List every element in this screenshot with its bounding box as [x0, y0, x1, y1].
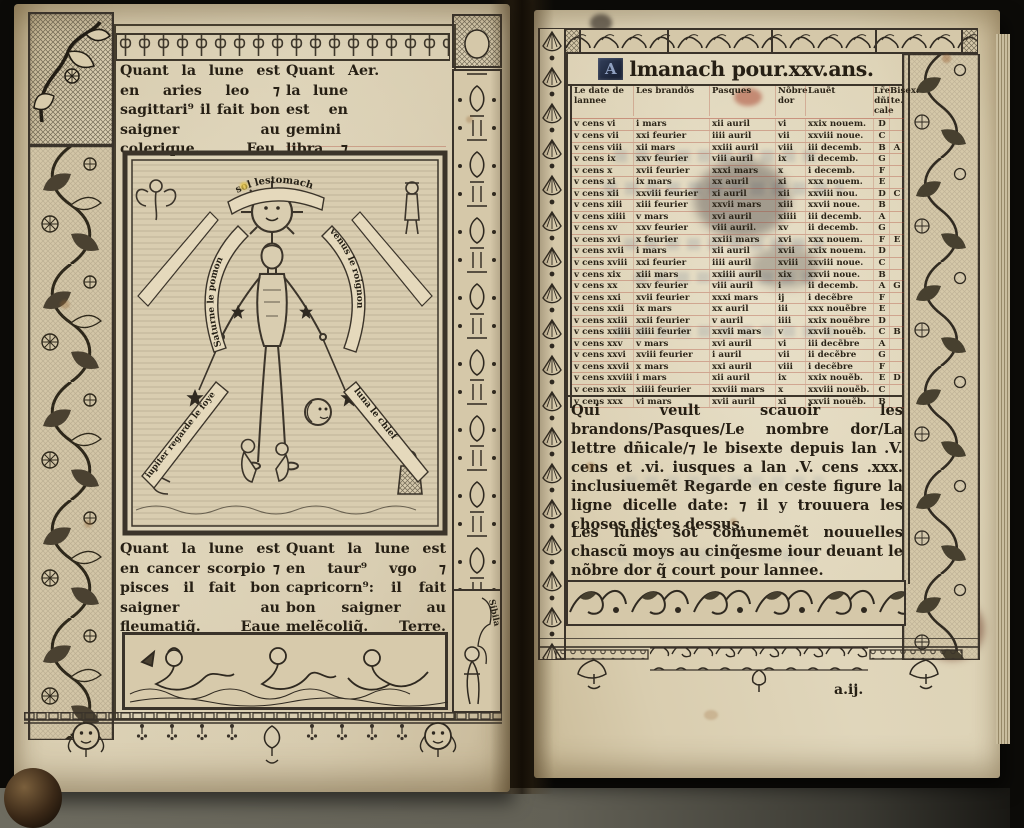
table-cell [890, 339, 904, 350]
table-cell: xxix nouẽb. [806, 373, 874, 384]
table-cell: xxix nouem. [806, 246, 874, 257]
table-cell: v cens xxi [572, 293, 634, 304]
table-cell [890, 316, 904, 327]
table-cell: v cens xviii [572, 258, 634, 269]
table-cell: v cens xxiii [572, 316, 634, 327]
table-cell: xii auril [710, 119, 776, 130]
table-cell: xxi auril [710, 362, 776, 373]
table-cell: viii auril [710, 281, 776, 292]
table-cell: C [874, 131, 890, 142]
table-cell: xvii feurier [634, 166, 710, 177]
table-cell: v cens xxv [572, 339, 634, 350]
table-row: v cens xvxxv feurierviii auril.xvii dece… [572, 223, 904, 235]
decorated-initial: A [598, 58, 623, 80]
table-row: v cens xxviiii marsxii aurilixxxix nouẽb… [572, 373, 904, 385]
verse-water: Quant la lune est en cancer scorpio ⁊ pi… [120, 540, 280, 624]
table-row: v cens xxvv marsxvi aurilviiii decẽbreA [572, 339, 904, 351]
table-cell [890, 177, 904, 188]
table-cell: iii decemb. [806, 212, 874, 223]
table-cell: xxvii noue. [806, 200, 874, 211]
table-cell: F [874, 362, 890, 373]
column-header: Lr̃e dñi cale [874, 86, 890, 116]
table-cell: xiii [776, 200, 806, 211]
table-cell: xxiiii auril [710, 270, 776, 281]
table-row: v cens vii marsxii aurilvixxix nouem.D [572, 119, 904, 131]
wax-fleck [240, 182, 248, 190]
table-row: v cens xxiiixxii feurierv auriliiiixxix … [572, 316, 904, 328]
table-cell: B [890, 327, 904, 338]
table-cell: x feurier [634, 235, 710, 246]
table-cell: xiiii feurier [634, 385, 710, 396]
table-surface [0, 788, 1010, 828]
table-cell: xxv feurier [634, 223, 710, 234]
table-cell: v cens vii [572, 131, 634, 142]
table-cell [890, 131, 904, 142]
table-cell: E [874, 373, 890, 384]
table-cell: iii decẽbre [806, 339, 874, 350]
table-cell: G [874, 223, 890, 234]
table-cell [890, 246, 904, 257]
bottom-cornice [24, 712, 502, 766]
table-cell: xxviii noue. [806, 258, 874, 269]
table-cell: xxviii mars [710, 385, 776, 396]
table-cell: v cens xiii [572, 200, 634, 211]
right-page: A lmanach pour.xxv.ans. Le date de lanne… [534, 10, 1000, 778]
moon-face [305, 399, 331, 425]
verse-fire: Quant la lune est en aries leo ⁊ sagitta… [120, 62, 280, 146]
table-cell: B [874, 270, 890, 281]
table-cell: B [874, 143, 890, 154]
table-cell: i mars [634, 119, 710, 130]
table-cell: xi auril [710, 189, 776, 200]
table-row: v cens xviii marsxii aurilxviixxix nouem… [572, 246, 904, 258]
verse-earth: Quant la lune est en taur⁹ vgo ⁊ caprico… [286, 540, 446, 624]
table-cell: xx auril [710, 304, 776, 315]
table-cell: xxix nouem. [806, 119, 874, 130]
table-cell: i decẽbre [806, 362, 874, 373]
top-cresting-frieze [116, 26, 450, 62]
table-cell: xxx nouem. [806, 235, 874, 246]
table-cell: xii mars [634, 143, 710, 154]
table-cell: xx auril [710, 177, 776, 188]
table-cell: xxiii auril [710, 143, 776, 154]
table-row: v cens xviiixxi feurieriiii aurilxviiixx… [572, 258, 904, 270]
foxing-spot [60, 300, 70, 309]
acanthus-band [566, 580, 906, 626]
column-header: Nõbre dor [776, 86, 806, 116]
table-cell: E [874, 304, 890, 315]
table-row: v cens xxiiiixiiii feurierxxvii marsvxxv… [572, 327, 904, 339]
table-cell: F [874, 166, 890, 177]
foxing-spot [730, 518, 737, 525]
table-cell: ii decemb. [806, 154, 874, 165]
signature-mark: a.ij. [834, 682, 863, 698]
verse-air: Quant la lune est en gemini libra ⁊ aqua… [286, 62, 446, 147]
table-cell: xxvii noue. [806, 270, 874, 281]
table-cell: E [890, 235, 904, 246]
mermaid-frieze [122, 632, 448, 710]
table-cell: viii [776, 362, 806, 373]
table-cell: xxxi mars [710, 293, 776, 304]
table-cell: xxi feurier [634, 131, 710, 142]
floral-corner-block [28, 12, 114, 146]
fore-edge-pages [996, 34, 1010, 744]
table-cell: xvi auril [710, 339, 776, 350]
left-floral-border [28, 146, 114, 740]
almanac-header-row: Le date de lanneeLes brandõsPasquesNõbre… [572, 86, 904, 119]
table-cell: xv [776, 223, 806, 234]
table-cell: xix [776, 270, 806, 281]
table-cell: vii [776, 131, 806, 142]
table-cell [890, 258, 904, 269]
table-cell: xviii feurier [634, 350, 710, 361]
table-cell: v cens xxviii [572, 373, 634, 384]
table-cell: C [890, 189, 904, 200]
table-cell: xxx nouem. [806, 177, 874, 188]
table-cell: G [874, 154, 890, 165]
table-row: v cens xvix feurierxxiii marsxvixxx noue… [572, 235, 904, 247]
table-cell: v cens xxii [572, 304, 634, 315]
mask-face [420, 723, 455, 757]
table-cell [890, 304, 904, 315]
book-stand-knob [4, 768, 62, 828]
table-row: v cens xxvixviii feurieri aurilviiii dec… [572, 350, 904, 362]
table-cell: v cens xv [572, 223, 634, 234]
instruction-paragraph: Qui veult scauoir les brandons/Pasques/L… [571, 402, 903, 535]
table-row: v cens xxxxv feurierviii auriliii decemb… [572, 281, 904, 293]
table-cell: v cens xx [572, 281, 634, 292]
table-cell: F [874, 235, 890, 246]
table-cell: D [890, 373, 904, 384]
table-cell: v cens x [572, 166, 634, 177]
table-cell: v cens xi [572, 177, 634, 188]
table-row: v cens xxviix marsxxi aurilviiii decẽbre… [572, 362, 904, 374]
table-cell: G [874, 350, 890, 361]
table-cell: xxii feurier [634, 316, 710, 327]
table-cell: iiii [776, 316, 806, 327]
table-cell: iii [776, 304, 806, 315]
table-cell: v cens xxvi [572, 350, 634, 361]
table-row: v cens viixxi feurieriiii aurilviixxviii… [572, 131, 904, 143]
table-cell: xxiii mars [710, 235, 776, 246]
table-cell [890, 350, 904, 361]
table-cell: i decẽbre [806, 293, 874, 304]
table-cell: xii auril [710, 246, 776, 257]
table-cell: i mars [634, 373, 710, 384]
table-cell: ii decemb. [806, 223, 874, 234]
foxing-spot [942, 54, 951, 63]
table-cell: C [874, 385, 890, 396]
table-cell: xxvii mars [710, 200, 776, 211]
foxing-spot [586, 462, 595, 471]
table-cell: iiii auril [710, 258, 776, 269]
table-row: v cens viiixii marsxxiii aurilviiiiii de… [572, 143, 904, 155]
table-cell: xxviii feurier [634, 189, 710, 200]
page-title: lmanach pour.xxv.ans. [629, 57, 873, 81]
table-cell: v cens xii [572, 189, 634, 200]
table-row: v cens xiiiiv marsxvi aurilxiiiiiii dece… [572, 212, 904, 224]
table-cell: ij [776, 293, 806, 304]
table-cell [890, 212, 904, 223]
almanac-title-row: A lmanach pour.xxv.ans. [570, 55, 902, 83]
table-cell: x [776, 166, 806, 177]
table-cell: v mars [634, 339, 710, 350]
table-cell [890, 362, 904, 373]
table-cell: ix [776, 154, 806, 165]
table-row: v cens xiixxviii feurierxi aurilxiixxvii… [572, 189, 904, 201]
center-pendant [265, 726, 280, 763]
table-cell: i mars [634, 246, 710, 257]
column-header: Le date de lannee [572, 86, 634, 116]
table-cell: F [874, 293, 890, 304]
table-cell: xvi [776, 235, 806, 246]
table-cell: v cens vi [572, 119, 634, 130]
table-cell: xxv feurier [634, 281, 710, 292]
table-cell: ii decemb. [806, 281, 874, 292]
table-cell: xiii feurier [634, 200, 710, 211]
column-header: Bisex: te. [890, 86, 904, 116]
table-cell: D [874, 119, 890, 130]
table-cell: xxvii mars [710, 327, 776, 338]
table-cell: viii auril. [710, 223, 776, 234]
table-cell: v cens xxiiii [572, 327, 634, 338]
mask-face [68, 723, 103, 757]
table-cell: ix [776, 373, 806, 384]
table-cell: v cens xxvii [572, 362, 634, 373]
table-cell: iii decemb. [806, 143, 874, 154]
table-cell: i decemb. [806, 166, 874, 177]
table-cell [890, 119, 904, 130]
foxing-spot [466, 116, 473, 123]
table-row: v cens xxvii feurierxxxi marsxi decemb.F [572, 166, 904, 178]
table-cell [890, 293, 904, 304]
table-cell: xxix nouẽbre [806, 316, 874, 327]
table-cell: xxxi mars [710, 166, 776, 177]
table-cell: x [776, 385, 806, 396]
table-row: v cens xiix marsxx aurilxixxx nouem.E [572, 177, 904, 189]
table-row: v cens xixxiii marsxxiiii aurilxixxxvii … [572, 270, 904, 282]
table-cell: xi [776, 177, 806, 188]
table-cell: A [874, 212, 890, 223]
table-cell: A [874, 281, 890, 292]
table-cell: v auril [710, 316, 776, 327]
table-cell: xiii mars [634, 270, 710, 281]
rule-under-table [568, 395, 904, 397]
table-cell: xxvii nouẽb. [806, 327, 874, 338]
table-cell [890, 166, 904, 177]
table-cell: xviii [776, 258, 806, 269]
table-cell: ix mars [634, 304, 710, 315]
moon-paragraph: Les lunes sõt cõmunemẽt nouuelles chascũ… [571, 524, 903, 581]
table-cell: xxviii noue. [806, 131, 874, 142]
foxing-spot [84, 520, 92, 528]
table-cell: C [874, 258, 890, 269]
foxing-spot [704, 710, 718, 720]
table-cell [890, 223, 904, 234]
table-cell: v [776, 327, 806, 338]
left-page: Quant la lune est en aries leo ⁊ sagitta… [14, 4, 510, 792]
table-row: v cens ixxxv feurierviii aurilixii decem… [572, 154, 904, 166]
table-cell: i auril [710, 350, 776, 361]
bottom-cornice-right [538, 638, 980, 700]
table-cell: v cens ix [572, 154, 634, 165]
table-cell: vii [776, 350, 806, 361]
table-cell: v cens xxix [572, 385, 634, 396]
table-cell: ii decẽbre [806, 350, 874, 361]
table-cell: E [874, 177, 890, 188]
table-cell: xvi auril [710, 212, 776, 223]
table-cell [890, 270, 904, 281]
table-cell: xiiii [776, 212, 806, 223]
right-floral-border [902, 54, 980, 660]
table-cell: v cens xix [572, 270, 634, 281]
table-cell: C [874, 327, 890, 338]
table-cell: v cens xvi [572, 235, 634, 246]
column-header: Lauẽt [806, 86, 874, 116]
table-row: v cens xxixvii feurierxxxi marsiji decẽb… [572, 293, 904, 305]
table-cell [890, 200, 904, 211]
table-cell: B [874, 200, 890, 211]
top-border-strip [564, 28, 978, 54]
table-row: v cens xxiiix marsxx auriliiixxx nouẽbre… [572, 304, 904, 316]
table-cell: D [874, 189, 890, 200]
photograph-of-open-almanac-book: Quant la lune est en aries leo ⁊ sagitta… [0, 0, 1024, 828]
table-cell: x mars [634, 362, 710, 373]
table-cell: v cens xvii [572, 246, 634, 257]
table-cell: xxv feurier [634, 154, 710, 165]
column-header: Les brandõs [634, 86, 710, 116]
table-cell: viii auril [710, 154, 776, 165]
table-cell: xxviii nouẽb. [806, 385, 874, 396]
table-cell: v mars [634, 212, 710, 223]
almanac-table: Le date de lanneeLes brandõsPasquesNõbre… [570, 86, 904, 408]
table-cell: i [776, 281, 806, 292]
table-cell: iiii auril [710, 131, 776, 142]
table-cell: ix mars [634, 177, 710, 188]
table-cell: vi [776, 119, 806, 130]
column-header: Pasques [710, 86, 776, 116]
table-cell: xvii [776, 246, 806, 257]
table-cell: viii [776, 143, 806, 154]
table-cell: A [874, 339, 890, 350]
table-cell: D [874, 316, 890, 327]
table-cell: v cens viii [572, 143, 634, 154]
table-cell: xii [776, 189, 806, 200]
table-cell: xvii feurier [634, 293, 710, 304]
table-row: v cens xiiixiii feurierxxvii marsxiiixxv… [572, 200, 904, 212]
table-cell: G [890, 281, 904, 292]
table-cell: A [890, 143, 904, 154]
table-cell: vi [776, 339, 806, 350]
table-cell: xxi feurier [634, 258, 710, 269]
table-cell: xxx nouẽbre [806, 304, 874, 315]
zodiac-man-woodcut: sol lestomach Saturne le pomon venus le … [122, 150, 448, 536]
book-gutter-shadow [490, 0, 554, 794]
table-cell: xii auril [710, 373, 776, 384]
table-cell: D [874, 246, 890, 257]
table-cell [890, 385, 904, 396]
almanac-body: v cens vii marsxii aurilvixxix nouem.Dv … [572, 119, 904, 408]
table-cell: xiiii feurier [634, 327, 710, 338]
table-cell: v cens xiiii [572, 212, 634, 223]
table-cell: xxviii nou. [806, 189, 874, 200]
table-cell [890, 154, 904, 165]
